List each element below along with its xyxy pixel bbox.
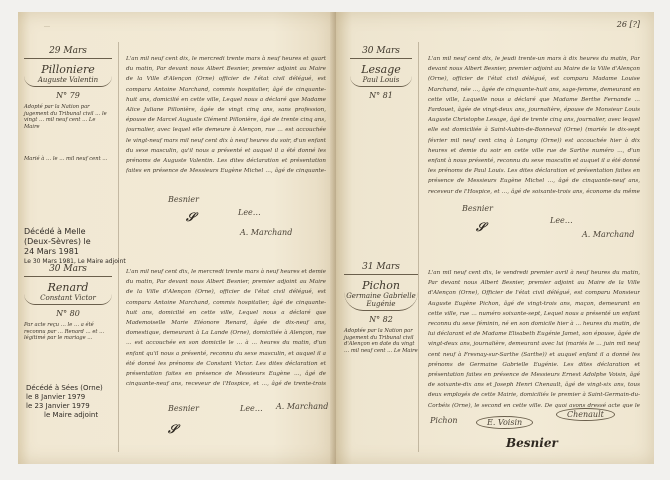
signature: Besnier	[168, 404, 199, 413]
death-line: le 23 Janvier 1979	[26, 402, 126, 411]
entry-surname: Renard	[24, 281, 112, 294]
death-line: le Maire adjoint	[26, 411, 126, 420]
signature-officer: 𝒮	[186, 210, 195, 225]
signature-officer: Besnier	[506, 436, 558, 450]
entry-body-82: L'an mil neuf cent dix, le vendredi prem…	[428, 268, 640, 408]
signature: A. Marchand	[240, 228, 292, 237]
death-annotation-80: Décédé à Sées (Orne) le 8 Janvier 1979 l…	[26, 384, 126, 420]
death-line: 24 Mars 1981	[24, 247, 134, 257]
death-annotation-79: Décédé à Melle (Deux-Sèvres) le 24 Mars …	[24, 227, 134, 267]
entry-date: 29 Mars	[24, 46, 112, 59]
marriage-annotation: Marié à … le … mil neuf cent …	[24, 156, 112, 163]
signature: Besnier	[168, 195, 199, 204]
signature: Chenault	[556, 408, 615, 421]
signature: E. Voisin	[476, 416, 533, 429]
signature-officer: 𝒮	[168, 422, 177, 437]
signature: A. Marchand	[582, 230, 634, 239]
margin-annotation: Adoptée par la Nation par jugement du Tr…	[344, 328, 418, 354]
entry-number: N° 81	[350, 91, 412, 100]
entry-margin-80: 30 Mars Renard Constant Victor N° 80 Par…	[24, 264, 112, 342]
entry-margin-81: 30 Mars Lesage Paul Louis N° 81	[350, 46, 412, 100]
signature: Lee…	[550, 216, 573, 225]
page-number: 26 [?]	[617, 20, 640, 29]
entry-number: N° 82	[344, 315, 418, 324]
entry-body-80: L'an mil neuf cent dix, le mercredi tren…	[126, 267, 326, 387]
entry-given-names: Auguste Valentin	[24, 76, 112, 87]
death-line: (Deux-Sèvres) le	[24, 237, 134, 247]
open-register-book: … 29 Mars Pilloniere Auguste Valentin N°…	[18, 12, 654, 464]
margin-annotation: Adopté par la Nation par jugement du Tri…	[24, 104, 112, 130]
death-line: le 8 Janvier 1979	[26, 393, 126, 402]
entry-surname: Pichon	[344, 279, 418, 292]
margin-rule	[418, 42, 419, 452]
entry-given-names: Paul Louis	[350, 76, 412, 87]
left-page: … 29 Mars Pilloniere Auguste Valentin N°…	[18, 12, 336, 464]
entry-number: N° 80	[24, 309, 112, 318]
entry-given-names: Constant Victor	[24, 294, 112, 305]
death-line: Décédé à Melle	[24, 227, 134, 237]
signature: Lee…	[238, 208, 261, 217]
signature-officer: 𝒮	[476, 220, 485, 235]
entry-surname: Pilloniere	[24, 63, 112, 76]
entry-margin-82: 31 Mars Pichon Germaine Gabrielle Eugéni…	[344, 262, 418, 354]
signature: Besnier	[462, 204, 493, 213]
entry-body-81: L'an mil neuf cent dix, le jeudi trente-…	[428, 54, 640, 194]
entry-date: 30 Mars	[24, 264, 112, 277]
corner-mark: …	[44, 22, 50, 29]
entry-margin-79: 29 Mars Pilloniere Auguste Valentin N° 7…	[24, 46, 112, 163]
death-line: Décédé à Sées (Orne)	[26, 384, 126, 393]
entry-surname: Lesage	[350, 63, 412, 76]
margin-annotation: Par acte reçu … le … a été reconnu par ……	[24, 322, 112, 342]
signature: Pichon	[430, 416, 458, 425]
right-page: 26 [?] 30 Mars Lesage Paul Louis N° 81 L…	[336, 12, 654, 464]
signature: A. Marchand	[276, 402, 328, 411]
signature: Lee…	[240, 404, 263, 413]
entry-number: N° 79	[24, 91, 112, 100]
entry-date: 30 Mars	[350, 46, 412, 59]
entry-date: 31 Mars	[344, 262, 418, 275]
entry-given-names: Germaine Gabrielle Eugénie	[344, 292, 418, 311]
entry-body-79: L'an mil neuf cent dix, le mercredi tren…	[126, 54, 326, 174]
